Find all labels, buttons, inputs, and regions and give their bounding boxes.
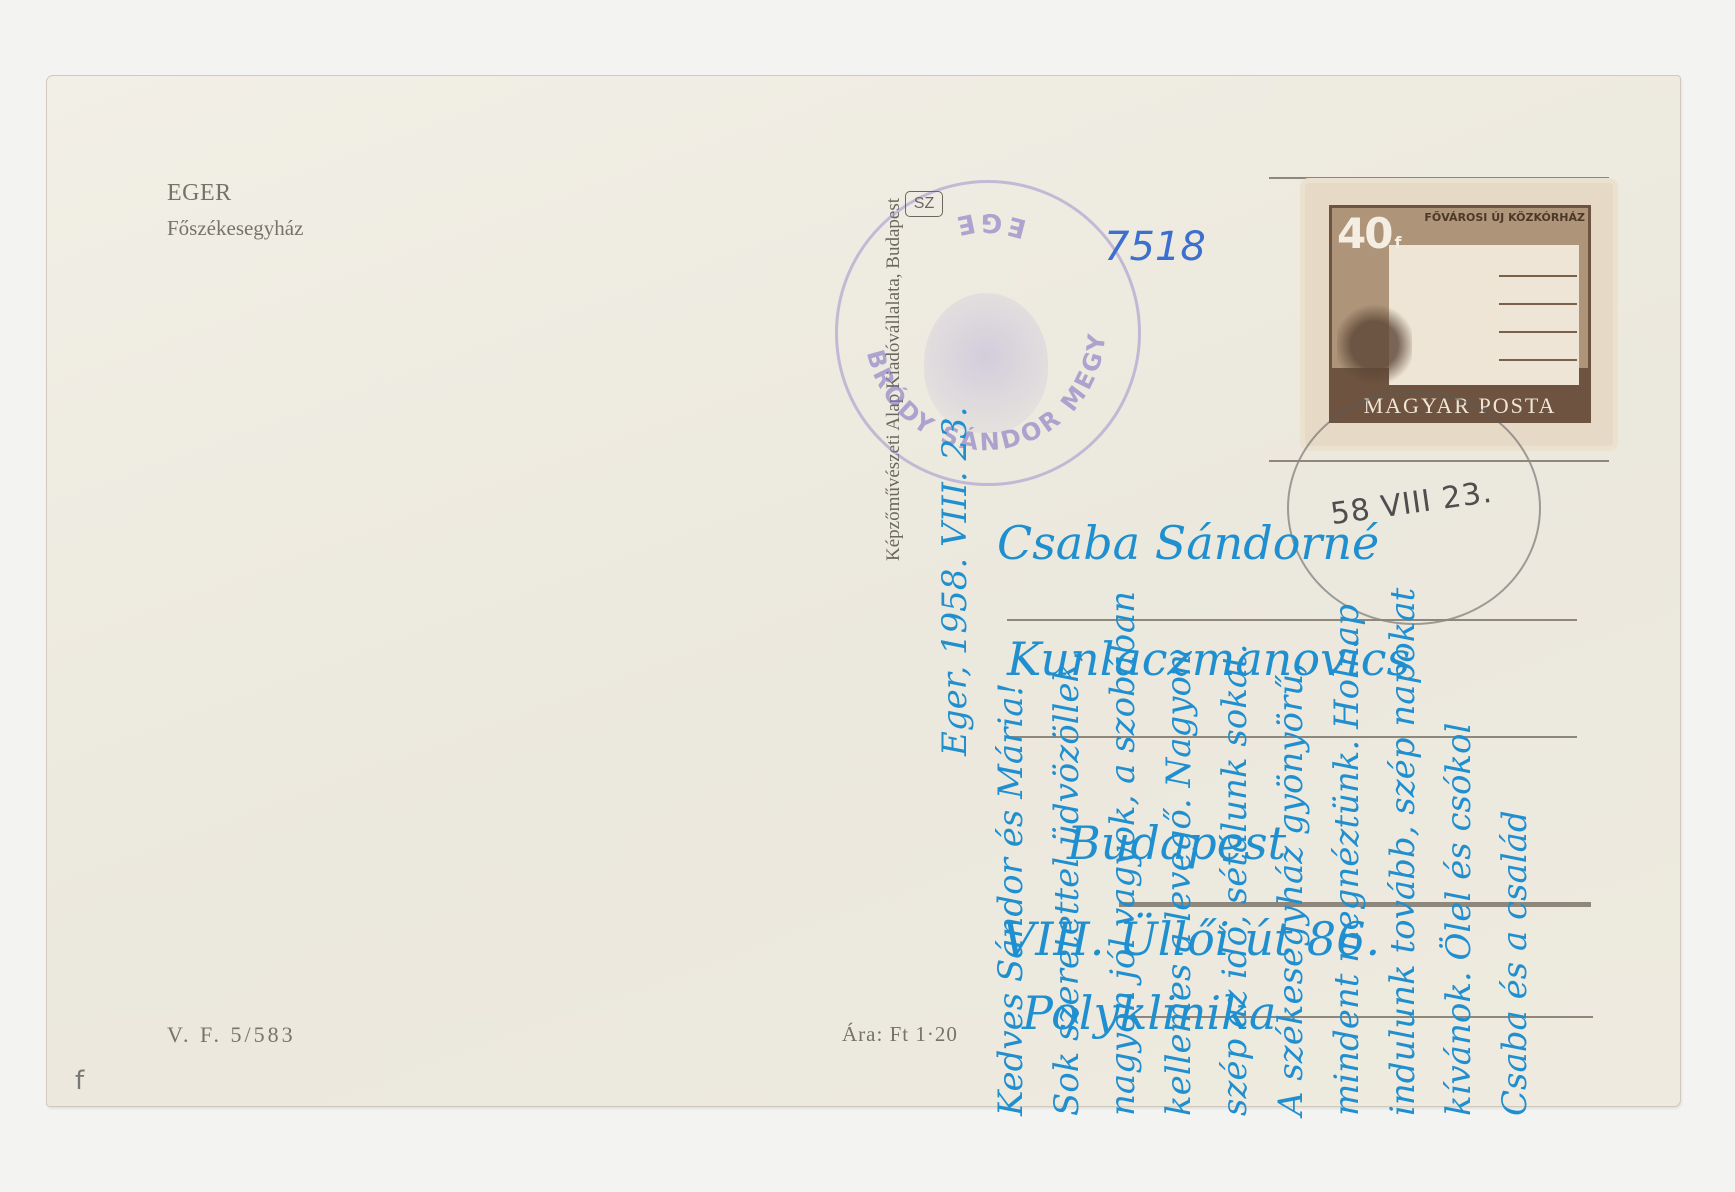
message-line: Sok szeretettel üdvözöllek, [1039, 136, 1095, 1116]
message-line: szép az idő, sétálunk sokat. [1207, 136, 1263, 1116]
printed-place-title: EGER [167, 180, 232, 207]
message-line: Csaba és a család [1487, 136, 1543, 1116]
message-line: kívánok. Ölel és csókol [1431, 136, 1487, 1116]
handwritten-message: Eger, 1958. VIII. 23. Kedves Sándor és M… [927, 136, 1735, 1116]
message-line: kellemes a levegő. Nagyon [1151, 136, 1207, 1116]
pencil-mark: f [75, 1066, 84, 1096]
message-line: mindent megnéztünk. Holnap [1319, 136, 1375, 1116]
printed-series-number: V. F. 5/583 [167, 1022, 296, 1048]
message-line: A székesegyház gyönyörű, [1263, 136, 1319, 1116]
message-line: nagyon jól vagyok, a szobában [1095, 136, 1151, 1116]
message-line: Eger, 1958. VIII. 23. [927, 136, 983, 1116]
message-line: indulunk tovább, szép napokat [1375, 136, 1431, 1116]
printed-subject: Főszékesegyház [167, 216, 303, 241]
message-line: Kedves Sándor és Mária! [983, 136, 1039, 1116]
postcard: EGER Főszékesegyház V. F. 5/583 Ára: Ft … [47, 76, 1680, 1106]
